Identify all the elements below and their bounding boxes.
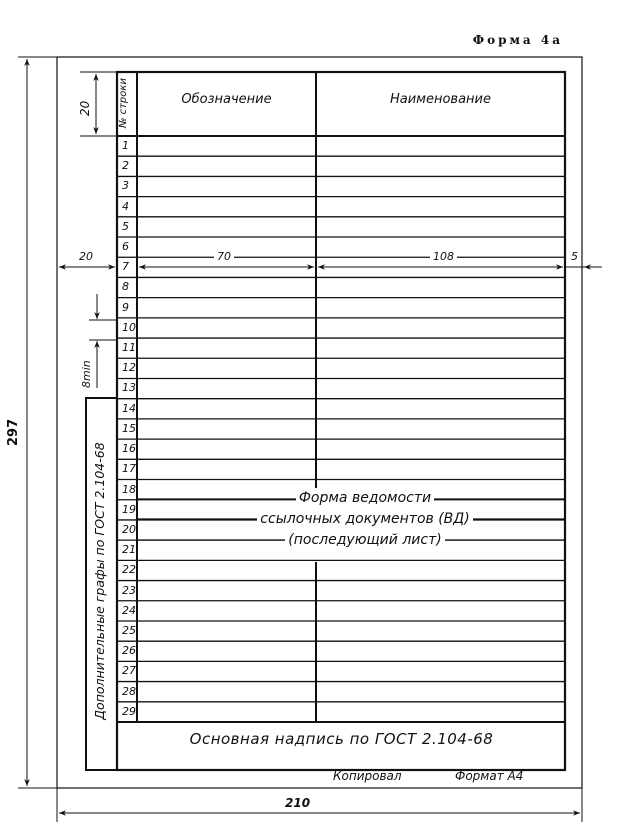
form-title-note: Форма ведомости ссылочных документов (ВД… — [230, 488, 500, 551]
row-number: 11 — [118, 341, 137, 354]
row-number: 13 — [118, 381, 137, 394]
form-title-line-2: ссылочных документов (ВД) — [257, 511, 472, 527]
form-title-line-1: Форма ведомости — [296, 490, 434, 506]
row-number: 6 — [118, 240, 137, 253]
column-header-row-number: № строки — [118, 72, 129, 134]
footer-copied: Копировал — [333, 769, 402, 783]
row-number: 12 — [118, 361, 137, 374]
row-number: 18 — [118, 483, 137, 496]
row-number: 14 — [118, 402, 137, 415]
dim-row-min-height: 8min — [80, 360, 93, 388]
row-number: 19 — [118, 503, 137, 516]
column-header-designation: Обозначение — [137, 92, 316, 107]
row-number: 16 — [118, 442, 137, 455]
row-number: 1 — [118, 139, 137, 152]
row-number: 10 — [118, 321, 137, 334]
dim-sheet-height: 297 — [6, 419, 21, 446]
row-number: 23 — [118, 584, 137, 597]
row-number: 4 — [118, 200, 137, 213]
row-number: 2 — [118, 159, 137, 172]
row-number: 15 — [118, 422, 137, 435]
additional-columns-label: Дополнительные графы по ГОСТ 2.104-68 — [92, 404, 107, 758]
row-number: 8 — [118, 280, 137, 293]
row-number: 22 — [118, 563, 137, 576]
column-header-name: Наименование — [316, 92, 565, 107]
row-number: 9 — [118, 301, 137, 314]
row-number: 7 — [118, 260, 137, 273]
title-block-label: Основная надпись по ГОСТ 2.104-68 — [118, 730, 565, 748]
row-number: 3 — [118, 179, 137, 192]
row-number: 29 — [118, 705, 137, 718]
row-number: 21 — [118, 543, 137, 556]
dim-sheet-width: 210 — [282, 796, 313, 810]
row-number: 25 — [118, 624, 137, 637]
row-number: 27 — [118, 664, 137, 677]
row-number: 20 — [118, 523, 137, 536]
dim-designation-width: 70 — [214, 250, 234, 263]
dim-name-width: 108 — [430, 250, 457, 263]
dim-left-margin: 20 — [76, 250, 96, 263]
row-number: 17 — [118, 462, 137, 475]
row-number: 26 — [118, 644, 137, 657]
row-number: 24 — [118, 604, 137, 617]
footer-format: Формат А4 — [455, 769, 523, 783]
form-title-line-3: (последующий лист) — [285, 532, 444, 548]
dim-header-height: 20 — [78, 101, 92, 116]
row-number: 28 — [118, 685, 137, 698]
dim-right-margin: 5 — [568, 250, 581, 263]
row-number: 5 — [118, 220, 137, 233]
